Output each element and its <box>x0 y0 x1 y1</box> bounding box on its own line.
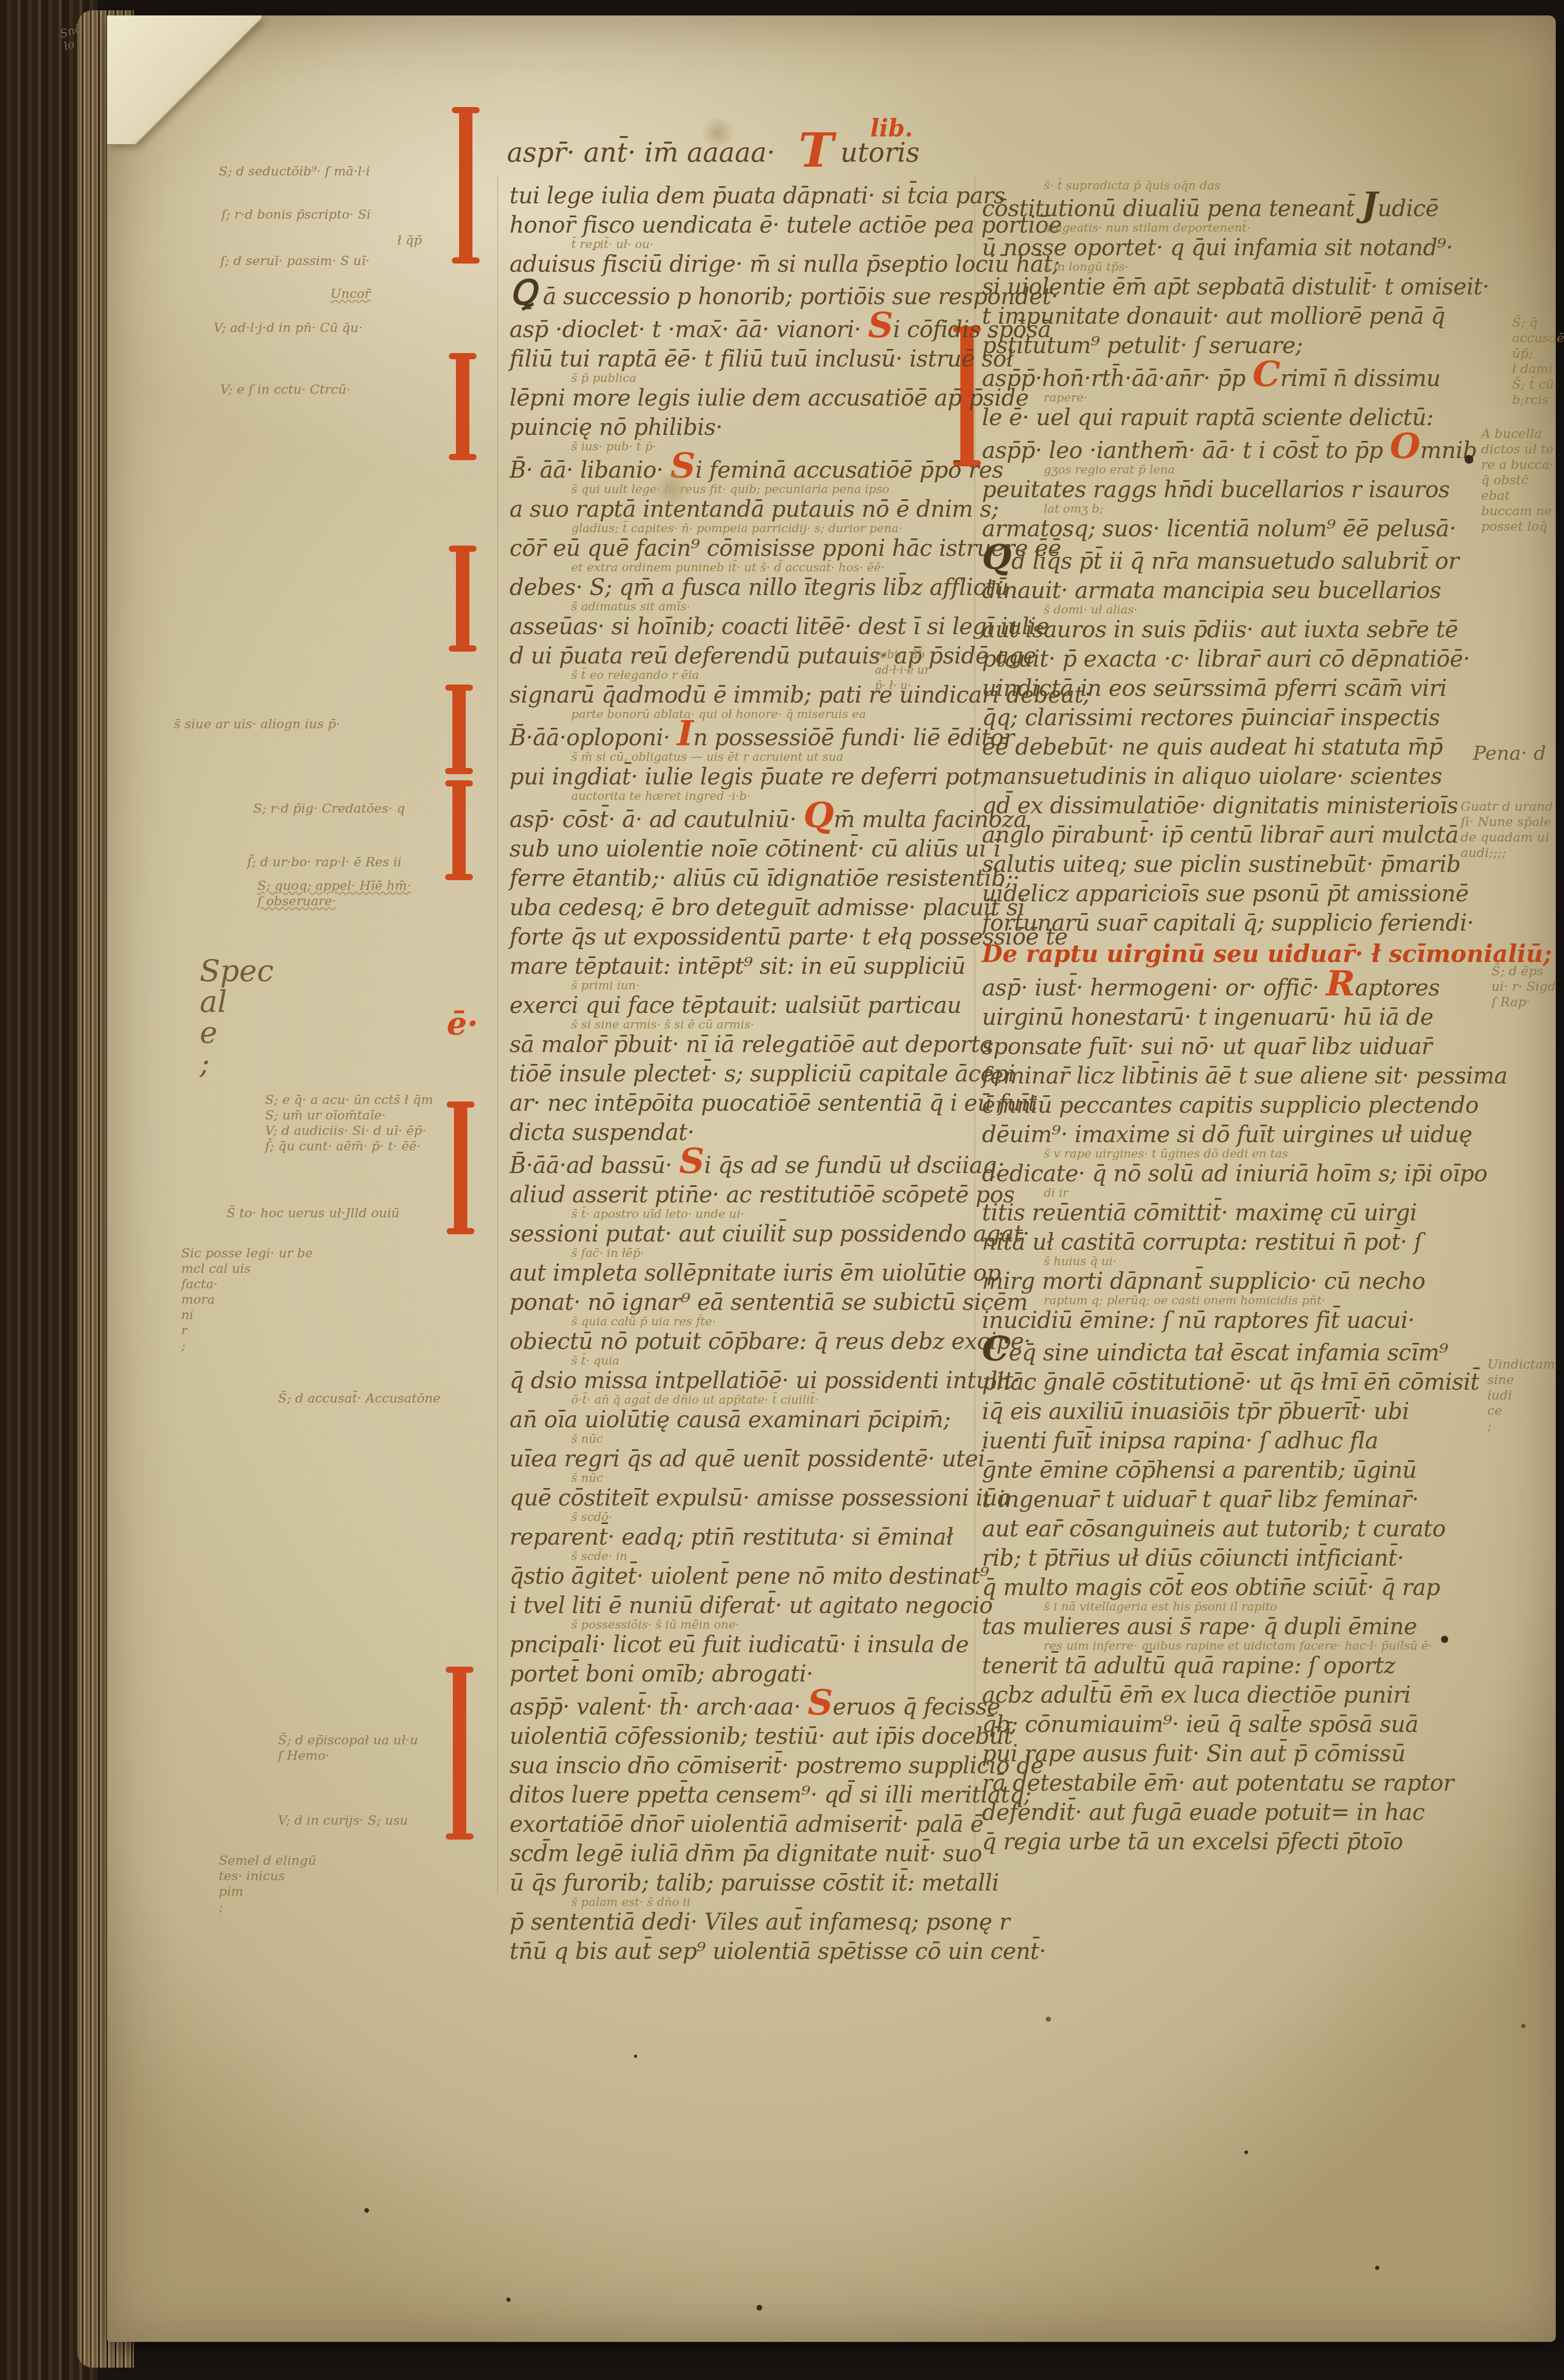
gloss-line: s̄ t̄· apostro uīd leto· unde ui· <box>509 1210 962 1219</box>
text-line: aut impleta sollēpnitate iuris ēm uiolūt… <box>509 1258 962 1288</box>
corner-fold <box>107 15 261 144</box>
text-line: honor̄ fisco uendicata ē· tutele actiōe … <box>509 211 962 240</box>
text-line: tenerit̄ tā adult̄ū quā rapine: ſ oportz <box>982 1651 1491 1681</box>
text-line: uidelicz apparicioīs sue psonū p̄t amiss… <box>982 879 1491 908</box>
text-line: q̄ regia urbe tā un excelsi p̄fecti p̄to… <box>982 1827 1491 1857</box>
gloss-line: s̄ nūc <box>509 1474 962 1483</box>
gloss-line: s̄ ius· pub· t̄ p̄· <box>509 442 962 452</box>
gloss-line: s̄ in longū tp̄s· <box>982 262 1491 272</box>
margin-note: S; e q̄· a acu· ūn ccts̄ ł q̄m S; um̄ ur… <box>265 1092 433 1154</box>
gloss-line: s̄ m̄ si cū, obligatus — uis ēt r acruie… <box>509 752 962 762</box>
text-line: nitā uł castitā corrupta: restitui n̄ po… <box>982 1228 1491 1257</box>
speck <box>1046 2017 1051 2022</box>
gloss-line: s̄ palam est· s̄ dn̄o ii <box>509 1898 962 1907</box>
text-line: q̄q; clarissimi rectores p̄uinciar̄ insp… <box>982 703 1491 732</box>
text-line: asp̄ ·dioclet· t ·max̄· āā· vianori· Si … <box>509 311 962 344</box>
margin-note: Uindictam sine iudi ce ; <box>1487 1357 1563 1434</box>
text-line: tn̄ū q bis aut̄ sep⁹ uiolentiā spētisse … <box>509 1937 962 1966</box>
text-line: asp̄p̄· valent̄· th̄· arch·aaa· Seruos q… <box>509 1689 962 1722</box>
red-inline-initial: O <box>1390 426 1420 467</box>
red-inline-initial: C <box>1253 354 1280 395</box>
text-line: rā detestabile ēm̄· aut potentatu se rap… <box>982 1769 1491 1798</box>
wormhole <box>1441 1636 1448 1643</box>
gloss-line: s̄ scdō· <box>509 1513 962 1522</box>
red-inline-initial: R <box>1326 963 1355 1004</box>
text-line: ptauit· p̄ exacta ·c· librar̄ auri cō dē… <box>982 644 1491 674</box>
margin-note: rebir· ūb̄ ad·ł·i·ē ur p̄· ł· u· <box>875 647 973 694</box>
text-line: rib; t p̄tr̄ius uł diūs cōiuncti int̄fic… <box>982 1544 1491 1573</box>
margin-note: S̄; d ēps ui· r· Sigd ſ Rap· <box>1491 964 1563 1010</box>
chapter-word: utoris <box>840 137 920 168</box>
ruling-line-left-column <box>497 175 498 1894</box>
text-line: pncipali· licot eū fuit iudicatū· i insu… <box>509 1630 962 1659</box>
text-line: uba cedesq; ē bro deteguīt admisse· plac… <box>509 893 962 922</box>
text-line: q̄stio āgitet̄· uiolent̄ pene nō mito de… <box>509 1562 962 1591</box>
gloss-line: t̄ reꝑit̄· uł· ou· <box>509 240 962 250</box>
incipit-text: aspr̄· ant̄· im̄ aaaaa· <box>507 137 775 168</box>
red-inline-initial: S <box>868 305 893 346</box>
text-line: pui ingdiat̄· iulie legis p̄uate re defe… <box>509 762 962 792</box>
gloss-line: s̄ domi· uł alias· <box>982 605 1491 615</box>
gloss-line: ō·t̄· an̄ q̄ agat̄ de dn̄io ut app̄tate·… <box>509 1395 962 1405</box>
text-line: armatosq; suos· licentiā nolum⁹ ēē pelus… <box>982 514 1491 544</box>
text-line: B̄·āā·ad bassū· Si q̄s ad se fundū uł ds… <box>509 1147 962 1180</box>
text-line: tiōē insule plectet̄· s; suppliciū capit… <box>509 1059 962 1089</box>
speck <box>364 2208 369 2213</box>
gloss-line: s̄ fac̄· in łēp̄· <box>509 1249 962 1258</box>
text-line: uirginū honestarū· t ingenuarū· hū iā de <box>982 1003 1491 1032</box>
margin-note: V; ad·l·j·d in pn̄· Cū q̄u· <box>214 320 363 336</box>
margin-note: ſ; d seruī· passim· S uī· <box>220 253 370 269</box>
text-line: Qd liq̄s p̄t̄ ii q̄ nr̄a mansuetudo salu… <box>982 544 1491 576</box>
gloss-line: gʒos regio erat p̄ lena <box>982 465 1491 475</box>
text-line: aut isauros in suis p̄diis· aut iuxta se… <box>982 615 1491 644</box>
margin-note: S̄; d ep̄iscopał ua uł·u ſ Hemo· <box>278 1732 418 1763</box>
text-line: phāc ḡnalē cōstitutionē· ut q̄s łmī ēn̄ … <box>982 1368 1491 1397</box>
red-initial-I <box>456 548 469 650</box>
text-line: cōr̄ eū quē facin⁹ cōmisisse pponi hāc i… <box>509 534 962 563</box>
chapter-initial-T: T <box>798 122 833 178</box>
red-initial-I <box>453 1669 466 1837</box>
text-line: debes· S; qm̄ a fusca nillo ītegris lib̄… <box>509 573 962 602</box>
text-line: sua inscio dn̄o cōmiserit̄· postremo sup… <box>509 1751 962 1780</box>
margin-note: S; d seductōib⁹· ſ mā·l·i <box>219 164 370 179</box>
text-line: q̄ dsio missa intpellatiōē· ui possident… <box>509 1366 962 1395</box>
red-catch-initial: ē· <box>447 1005 478 1042</box>
gloss-line: et extra ordinem punineb it̄· ut s̄· d̄ … <box>509 563 962 573</box>
margin-note: S; r·d p̄ig· Credatōes· q <box>253 801 405 816</box>
wormhole <box>1465 455 1473 464</box>
text-line: Ꝗ ā successio p honorib; portiōis sue re… <box>509 279 962 311</box>
text-line: p̄stitutum⁹ petulit· ſ seruare; <box>982 331 1491 360</box>
margin-note: S̄; d accusat̄· Accusatōne <box>278 1391 441 1406</box>
gloss-line: rapere· <box>982 393 1491 403</box>
red-initial-I <box>456 355 469 458</box>
margin-note-special: Spec al e ; <box>200 955 274 1079</box>
gloss-line: parte bonorū ablata· qui oł honore· q̄ m… <box>509 710 962 720</box>
black-inline-initial: Q <box>982 537 1011 577</box>
text-line: salutis uiteq; sue piclin sustinebūt· p̄… <box>982 850 1491 879</box>
text-line: anglo p̄irabunt̄· ip̄ centū librar̄ auri… <box>982 820 1491 850</box>
margin-note: s̄ siue ar uis· aliogn ius p̄· <box>174 716 340 732</box>
margin-note: Uncor̄ <box>330 286 371 302</box>
text-line: iq̄ eis auxiliū inuasiōis tp̄r p̄buerīt̄… <box>982 1397 1491 1426</box>
text-line: an̄ oīa uiolūtię causā examinari p̄cipim… <box>509 1405 962 1434</box>
gloss-line: gladius; t̄ capites· n̄· pompeia parrici… <box>509 524 962 534</box>
text-line: feminar̄ licz libt̄inis āē t sue aliene … <box>982 1061 1491 1091</box>
text-line: puincię nō philibis· <box>509 413 962 442</box>
text-line: portet̄ boni omīb; abrogati· <box>509 1659 962 1689</box>
text-line: dicta suspendat· <box>509 1118 962 1147</box>
gloss-line: res uim inferre· quibus rapine et uidict… <box>982 1641 1491 1651</box>
gloss-line: auctorita te hæret ingred ·i·b· <box>509 792 962 801</box>
text-line: reparent̄· eadq; ptin̄ restituta· si ēmi… <box>509 1522 962 1552</box>
text-line: ū nosse oportet· q q̄ui infamia sit nota… <box>982 233 1491 262</box>
gloss-line: s̄ p̄ publica <box>509 374 962 383</box>
text-column-right: s̄· t̄ supradicta p̄ q̄uis oq̄n dascōsti… <box>982 181 1491 1857</box>
margin-note: ł q̄p̄ <box>397 233 422 248</box>
red-initial-I <box>454 1104 467 1232</box>
text-line: iuenti fuīt̄ inipsa rapina· ſ adhuc fla <box>982 1426 1491 1456</box>
text-line: aut ear̄ cōsanguineis aut tutorib; t cur… <box>982 1514 1491 1544</box>
text-line: ū q̄s furorib; talib; paruisse cōstit it… <box>509 1868 962 1898</box>
text-line: asp̄p̄·hon̄·rth̄·āā·an̄r· p̄p Crimī n̄ d… <box>982 360 1491 393</box>
gloss-line: s̄· t̄ supradicta p̄ q̄uis oq̄n das <box>982 181 1491 191</box>
gloss-line: s̄ adimatus sit amīs· <box>509 602 962 612</box>
gloss-line: s̄ quia całū p̄ uia res f̄te· <box>509 1317 962 1327</box>
gloss-line: s̄ v rape uirgines· t ūgines dō dedi en … <box>982 1149 1491 1159</box>
black-inline-initial: C <box>982 1328 1009 1369</box>
text-line: ēmniū peccantes capitis supplicio plecte… <box>982 1091 1491 1120</box>
margin-note: A bucella dictos uł te re a bucca· q̄ ob… <box>1481 426 1563 534</box>
gloss-line: s̄ nūc <box>509 1434 962 1444</box>
text-line: aduisus fisciū dirige· m̄ si nulla p̄sep… <box>509 250 962 279</box>
margin-note: ſ̄; d ur·bo· rap·l· ē Res ii <box>247 854 401 870</box>
gloss-line: abigeatis· nun stilam deportenent̄· <box>982 223 1491 233</box>
text-line: titis reūentiā cōmittit̄· maximę cū uirg… <box>982 1198 1491 1228</box>
text-line: forte q̄s ut expossidentū parte· t ełq p… <box>509 922 962 952</box>
text-line: t impunitate donauit· aut molliorē penā … <box>982 302 1491 331</box>
red-inline-initial: S <box>679 1141 705 1182</box>
text-line: dinauit· armata mancipia seu bucellarios <box>982 576 1491 605</box>
ruling-line-right-column <box>974 175 975 1884</box>
text-line: q̄ multo magis cōt̄ eos obtin̄e sciūt̄· … <box>982 1573 1491 1602</box>
text-line: sub uno uiolentie noīe cōtinent̄· cū ali… <box>509 834 962 864</box>
text-line: a suo raptā intentandā putauis nō ē dnim… <box>509 495 962 524</box>
text-line: lēpni more legis iulie dem accusatiōē ap… <box>509 383 962 413</box>
text-line: tas mulieres ausi s̄ rape· q̄ dupli ēmin… <box>982 1612 1491 1641</box>
text-line: aliud asserit ptin̄e· ac restitutiōē scō… <box>509 1180 962 1210</box>
gloss-line: s̄ t̄· quia <box>509 1356 962 1366</box>
text-line: i tvel liti ē nuniū diferat̄· ut agitato… <box>509 1591 962 1620</box>
margin-note-pena: Pena· d <box>1473 745 1546 761</box>
black-inline-initial: Ꝗ <box>509 272 536 312</box>
speck <box>506 2298 511 2302</box>
text-line: si uiolentie ēm̄ ap̄t sepbatā distulit̄·… <box>982 272 1491 302</box>
rubric-line: De raptu uirginū seu uiduar̄· ł scīmonia… <box>982 938 1491 970</box>
gloss-line: di ir <box>982 1188 1491 1198</box>
red-inline-initial: S <box>807 1682 833 1723</box>
text-line: qd̄ ex dissimulatiōe· dignitatis ministe… <box>982 791 1491 820</box>
text-line: asseūas· si hoīnib; coacti litēē· dest ī… <box>509 612 962 641</box>
text-column-left: tui lege iulia dem p̄uata dāpnati· si t̄… <box>509 181 962 1966</box>
parchment-stain <box>700 117 736 148</box>
text-line: ēē debebūt· ne quis audeat hi statuta m̄… <box>982 732 1491 762</box>
gloss-line: raptum q; plerūq; oe casti onem homicidi… <box>982 1296 1491 1306</box>
gloss-line: s̄ huius q̄ ui· <box>982 1257 1491 1267</box>
gloss-line: s̄ possessiōis· s̄ iū mēin one· <box>509 1620 962 1630</box>
text-line: mansuetudinis in aliquo uiolare· sciente… <box>982 762 1491 791</box>
text-line: quē cōstiteīt expulsū· amisse possession… <box>509 1483 962 1513</box>
gloss-line: s̄ primi iun· <box>509 981 962 991</box>
margin-note: V; e ſ in cctu· Ctrcū· <box>220 382 350 397</box>
gloss-line: s̄ si sine armis· s̄ si ē cū armis· <box>509 1020 962 1030</box>
text-line: B̄·āā·oploponi· In possessiōē fundi· liē… <box>509 720 962 752</box>
text-line: uīea regri q̄s ad quē uenīt possidentē· … <box>509 1444 962 1474</box>
folio-mark: lib. <box>870 114 913 142</box>
text-line: exerci qui face tēptauit: ualsiūt partic… <box>509 991 962 1020</box>
text-line: dedicate· q̄ nō solū ad iniuriā hoīm s; … <box>982 1159 1491 1188</box>
gloss-line: lat omʒ b; <box>982 504 1491 514</box>
margin-note: Sic posse legi· ur be mcl cal uis facta·… <box>181 1246 313 1354</box>
text-line: asp̄· iust̄· hermogeni· or· offic̄· Rapt… <box>982 970 1491 1003</box>
text-line: peuitates raggs hn̄di bucellarios r isau… <box>982 475 1491 504</box>
text-line: ḡnte ēmine cōp̄hensi a parentib; ūginū <box>982 1456 1491 1485</box>
margin-note: Guatr d urand ſi· Nune sp̄ale de quadam … <box>1461 799 1563 861</box>
text-line: ar· nec intēpōita puocatiōē sententiā q̄… <box>509 1089 962 1118</box>
margin-note: ſ; r·d bonis p̄scripto· Si <box>221 207 371 222</box>
text-line: B̄· āā· libanio· Si feminā accusatiōē p̄… <box>509 452 962 485</box>
margin-note: V; d in curijs· S; usu <box>278 1813 408 1828</box>
speck <box>1521 2024 1525 2028</box>
speck <box>634 2055 637 2058</box>
text-line: mare tēptauit: intēpt⁹ sit: in eū suppli… <box>509 952 962 981</box>
text-line: p̄ sententiā dedi· Viles aut̄ infamesq; … <box>509 1907 962 1937</box>
text-line: t ingenuar̄ t uiduar̄ t quar̄ libz femin… <box>982 1485 1491 1514</box>
text-line: q̄b; cōnumiauim⁹· ieū q̄ salt̄e spōsā su… <box>982 1710 1491 1739</box>
red-initial-I <box>452 687 466 772</box>
speck <box>757 2305 762 2311</box>
text-line: pui rape ausus fuit· Sin aut̄ p̄ cōmissū <box>982 1739 1491 1769</box>
text-line: filiū tui raptā ēē· t filiū tuū inclusū·… <box>509 344 962 374</box>
red-initial-I <box>459 109 472 261</box>
text-line: acbz adult̄ū ēm̄ ex luca diectiōe puniri <box>982 1681 1491 1710</box>
text-line: Ceq̄ sine uindicta tał ēscat infamia scī… <box>982 1335 1491 1368</box>
margin-note: S̄; q̄ accusaē ūp̄; ł dami S̄; t̄ cū b;r… <box>1512 315 1563 408</box>
text-line: asp̄p̄· leo ·ianthem̄· āā· t i cōst̄ to … <box>982 432 1491 465</box>
text-line: mirg morti dāpnant̄ supplicio· cū necho <box>982 1267 1491 1296</box>
margin-note: S; quoq; appel· Hīē hm̄· ſ obseruare· <box>257 878 411 909</box>
text-line: exortatiōē dn̄or̄ uiolentiā admiserit̄· … <box>509 1810 962 1839</box>
margin-note: S̄ to· hoc uerus uł·Jlld ouiū <box>226 1205 399 1221</box>
text-line: sā malor̄ p̄buit· nī iā relegatiōē aut d… <box>509 1030 962 1059</box>
manuscript-photo: Snō ło aspr̄· ant̄· im̄ aaaaa· T utoris … <box>0 0 1564 2380</box>
text-line: ditos luere ppet̄ta censem⁹· qd̄ si illi… <box>509 1780 962 1810</box>
text-line: ferre ētantib;· aliūs cū īdignatiōe resi… <box>509 864 962 893</box>
gloss-line: s̄ scd̄e· in <box>509 1552 962 1562</box>
margin-note: Semel d elingū tes· inicus pim ; <box>219 1853 316 1915</box>
text-line: obiectū nō potuit cōp̄bare: q̄ reus debz… <box>509 1327 962 1356</box>
text-line: tui lege iulia dem p̄uata dāpnati· si t̄… <box>509 181 962 211</box>
text-line: sessioni putat· aut ciuilit̄ sup posside… <box>509 1219 962 1249</box>
speck <box>1244 2150 1248 2154</box>
red-initial-I <box>452 782 466 878</box>
text-line: inucidiū ēmine: ſ nū raptores fit̄ uacui… <box>982 1306 1491 1335</box>
speck <box>1375 2266 1379 2270</box>
gloss-line: s̄ qui uult lege· b; reus fit· quib; pec… <box>509 485 962 495</box>
text-line: defendit̄· aut fugā euade potuit= in hac <box>982 1798 1491 1827</box>
text-line: asp̄· cōst̄· ā· ad cautulniū· Qm̄ multa … <box>509 801 962 834</box>
gloss-line: s̄ i nā vitellageria est his p̄soni il r… <box>982 1602 1491 1612</box>
text-line: scd̄m legē iuliā dn̄m p̄a dignitate nuit… <box>509 1839 962 1868</box>
text-line: sponsate fuīt· sui nō· ut quar̄ libz uid… <box>982 1032 1491 1061</box>
text-line: uindictā in eos seūrssimā pferri scām̄ v… <box>982 674 1491 703</box>
text-line: fortunarū suar̄ capitali q̄; supplicio f… <box>982 908 1491 938</box>
text-line: uiolentiā cōfessionib; testiū· aut ip̄is… <box>509 1722 962 1751</box>
text-line: cōstitutionū diualiū pena teneant̄ Judic… <box>982 191 1491 223</box>
text-line: dēuim⁹· imaxime si dō fuīt uirgines uł u… <box>982 1120 1491 1149</box>
text-line: ponat· nō ignar⁹ eā sententiā se subictū… <box>509 1288 962 1317</box>
parchment-stain <box>648 474 695 504</box>
